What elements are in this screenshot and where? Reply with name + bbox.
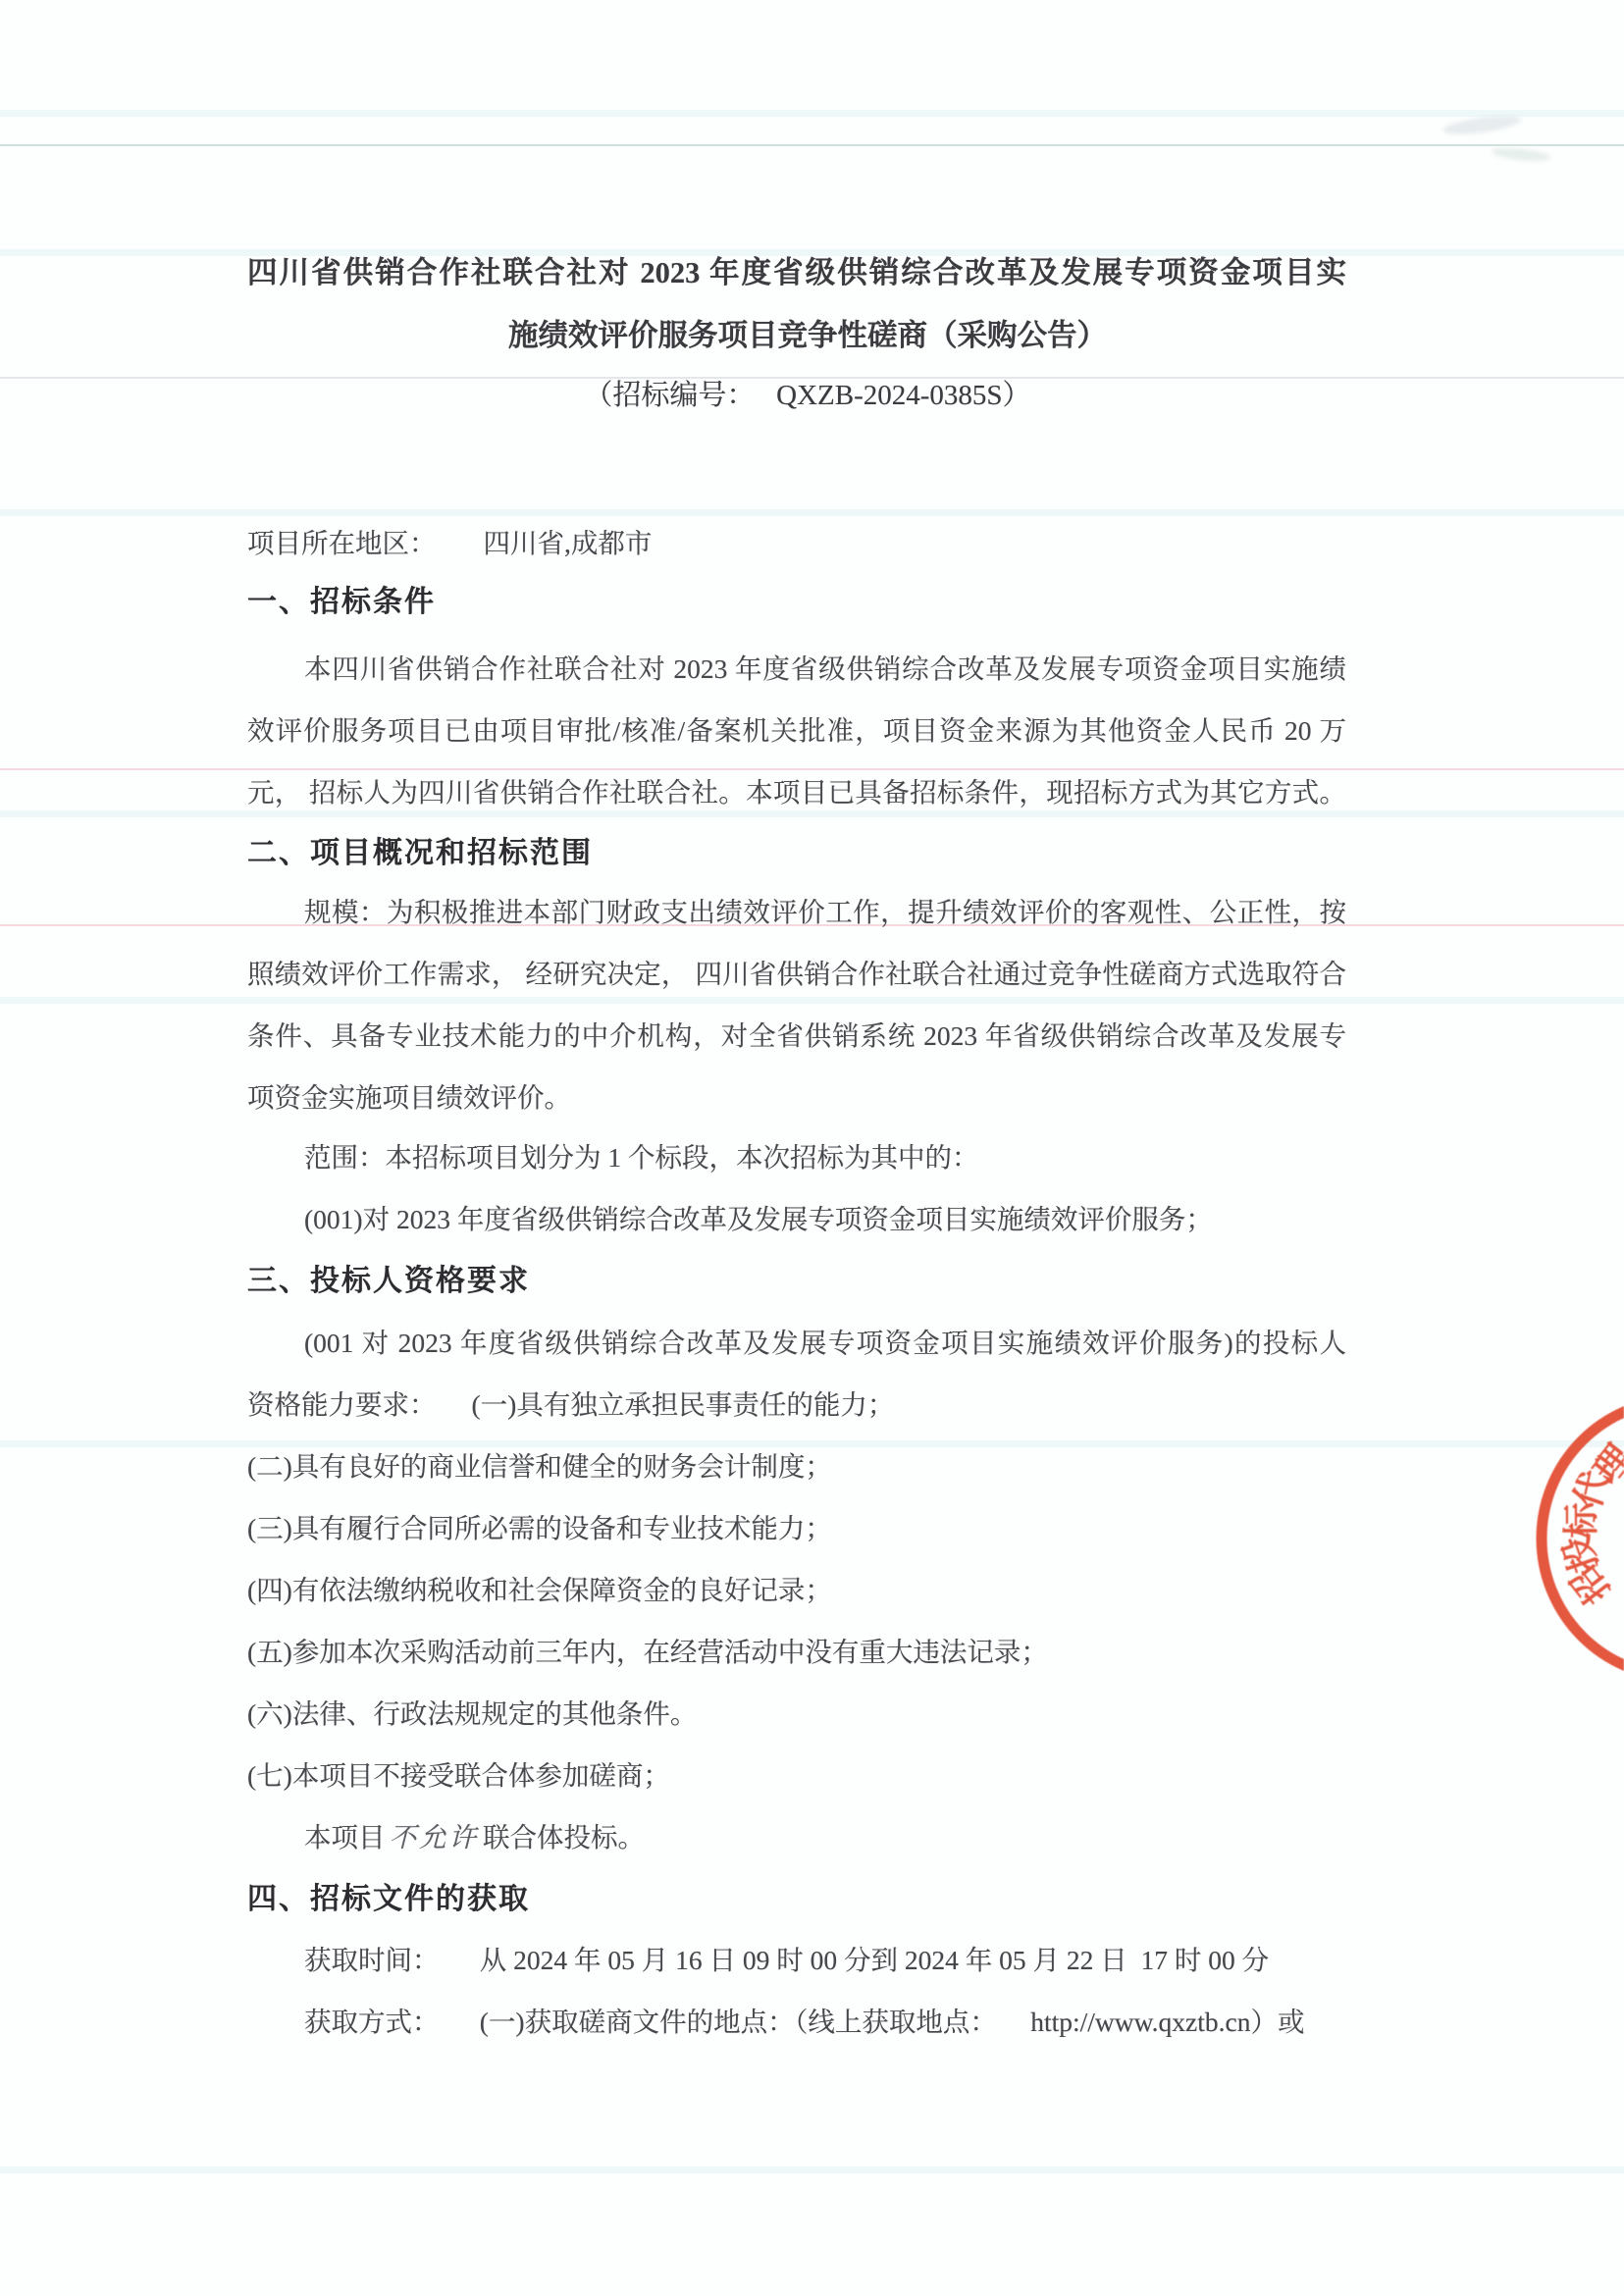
section-2-scope-line: 范围：本招标项目划分为 1 个标段，本次招标为其中的： xyxy=(247,1136,1346,1179)
section-3-line-4: (三)具有履行合同所必需的设备和专业技术能力； xyxy=(247,1507,1346,1550)
section-2-line-2: 照绩效评价工作需求， 经研究决定， 四川省供销合作社联合社通过竞争性磋商方式选取… xyxy=(247,953,1346,996)
section-2-heading: 二、项目概况和招标范围 xyxy=(247,831,1346,876)
no-consortium-line: 本项目不允许联合体投标。 xyxy=(247,1816,1403,1859)
scan-artifact-band xyxy=(0,110,1624,117)
scan-artifact-line xyxy=(0,144,1624,146)
section-1-line-2: 效评价服务项目已由项目审批/核准/备案机关批准，项目资金来源为其他资金人民币 2… xyxy=(247,709,1346,753)
section-3-line-6: (五)参加本次采购活动前三年内，在经营活动中没有重大违法记录； xyxy=(247,1631,1346,1674)
section-4-heading: 四、招标文件的获取 xyxy=(247,1877,1346,1922)
project-location-line: 项目所在地区：四川省,成都市 xyxy=(247,522,1346,565)
qualification-item-1: (一)具有独立承担民事责任的能力； xyxy=(472,1389,895,1420)
no-consortium-emphasis: 不允许 xyxy=(386,1822,484,1852)
scan-artifact-line xyxy=(0,768,1624,770)
section-3-line-1: (001 对 2023 年度省级供销综合改革及发展专项资金项目实施绩效评价服务)… xyxy=(247,1322,1346,1365)
document-title-line-2: 施绩效评价服务项目竞争性磋商（采购公告） xyxy=(247,314,1346,357)
scan-smudge xyxy=(1492,146,1551,163)
no-consortium-pre: 本项目 xyxy=(304,1822,386,1852)
scan-artifact-band xyxy=(0,509,1624,516)
qualification-label: 资格能力要求： xyxy=(247,1389,437,1420)
project-location-label: 项目所在地区： xyxy=(247,528,437,558)
section-2-line-4: 项资金实施项目绩效评价。 xyxy=(247,1076,1346,1120)
scan-smudge xyxy=(1441,113,1521,138)
section-2-line-3: 条件、具备专业技术能力的中介机构，对全省供销系统 2023 年省级供销综合改革及… xyxy=(247,1015,1346,1058)
section-1-line-1: 本四川省供销合作社联合社对 2023 年度省级供销综合改革及发展专项资金项目实施… xyxy=(247,648,1346,691)
project-location-value: 四川省,成都市 xyxy=(484,528,653,558)
section-3-line-5: (四)有依法缴纳税收和社会保障资金的良好记录； xyxy=(247,1569,1346,1612)
scanned-document-page: 四川省供销合作社联合社对 2023 年度省级供销综合改革及发展专项资金项目实 施… xyxy=(0,0,1624,2296)
tender-number-line: （招标编号： QXZB-2024-0385S） xyxy=(247,374,1346,417)
obtain-time-line: 获取时间： 从 2024 年 05 月 16 日 09 时 00 分到 2024… xyxy=(247,1939,1346,1982)
section-3-line-7: (六)法律、行政法规规定的其他条件。 xyxy=(247,1693,1346,1736)
scan-artifact-band xyxy=(0,2166,1624,2173)
section-2-line-1: 规模：为积极推进本部门财政支出绩效评价工作，提升绩效评价的客观性、公正性，按 xyxy=(247,891,1346,934)
obtain-method-line: 获取方式： (一)获取磋商文件的地点：（线上获取地点： http://www.q… xyxy=(247,2001,1346,2044)
no-consortium-post: 联合体投标。 xyxy=(483,1822,645,1852)
section-2-lot-line: (001)对 2023 年度省级供销综合改革及发展专项资金项目实施绩效评价服务； xyxy=(247,1198,1346,1241)
section-3-line-2: 资格能力要求：(一)具有独立承担民事责任的能力； xyxy=(247,1383,1346,1427)
section-3-heading: 三、投标人资格要求 xyxy=(247,1259,1346,1304)
scan-artifact-band xyxy=(0,997,1624,1004)
section-1-heading: 一、招标条件 xyxy=(247,580,1346,625)
section-3-line-3: (二)具有良好的商业信誉和健全的财务会计制度； xyxy=(247,1445,1346,1488)
section-1-line-3: 元， 招标人为四川省供销合作社联合社。本项目已具备招标条件，现招标方式为其它方式… xyxy=(247,771,1346,814)
section-3-line-8: (七)本项目不接受联合体参加磋商； xyxy=(247,1754,1346,1798)
document-title-line-1: 四川省供销合作社联合社对 2023 年度省级供销综合改革及发展专项资金项目实 xyxy=(247,251,1346,294)
red-seal-stamp: 招 投 标 代 理 xyxy=(1501,1374,1624,1697)
